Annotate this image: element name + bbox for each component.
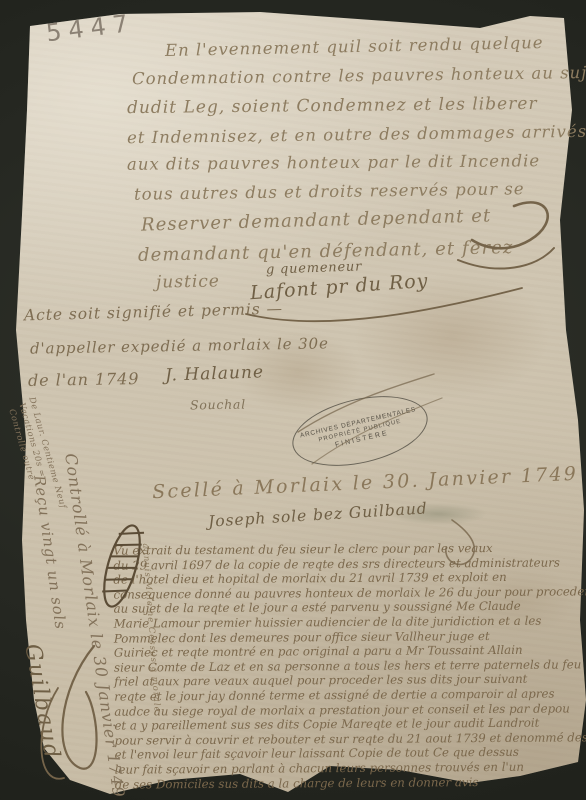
- manuscript-scan: 5447 En l'evennement quil soit rendu que…: [0, 0, 586, 800]
- extrait-line: de ses Domiciles sus dits a la charge de…: [115, 774, 585, 792]
- act-note-line: de l'an 1749: [28, 369, 140, 390]
- plea-line: aux dits pauvres honteux par le dit Ince…: [127, 151, 540, 174]
- plea-line: justice: [156, 271, 220, 292]
- signature-halaune: J. Halaune: [165, 362, 265, 385]
- extrait-paragraph: Vu extrait du testament du feu sieur le …: [113, 540, 585, 791]
- signature-souchal: Souchal: [190, 397, 246, 413]
